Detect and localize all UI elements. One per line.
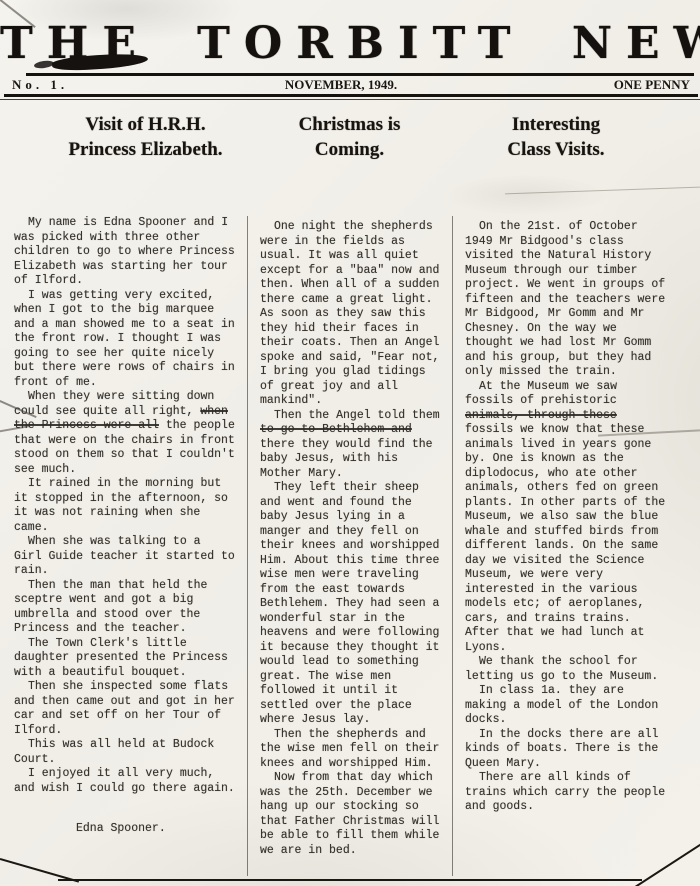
price-label: ONE PENNY bbox=[614, 77, 690, 93]
dateline: No. 1. NOVEMBER, 1949. ONE PENNY bbox=[0, 76, 700, 94]
bottom-edge-rule bbox=[58, 879, 642, 881]
struck-text: animals, through these bbox=[465, 409, 617, 422]
article-paragraph: On the 21st. of October 1949 Mr Bidgood'… bbox=[465, 220, 670, 380]
article-paragraph: There are all kinds of trains which carr… bbox=[465, 771, 670, 815]
article-paragraph: I enjoyed it all very much, and wish I c… bbox=[14, 767, 235, 796]
article-paragraph: My name is Edna Spooner and I was picked… bbox=[14, 216, 235, 289]
article-byline: Edna Spooner. bbox=[14, 822, 237, 837]
masthead-rule-bottom bbox=[4, 94, 698, 97]
article-paragraph: We thank the school for letting us go to… bbox=[465, 655, 670, 684]
article-paragraph: It rained in the morning but it stopped … bbox=[14, 477, 235, 535]
article-paragraph: Then the man that held the sceptre went … bbox=[14, 579, 235, 637]
article-column-princess-visit: My name is Edna Spooner and I was picked… bbox=[0, 216, 247, 876]
fold-crease-artifact bbox=[505, 187, 700, 195]
issue-number: No. 1. bbox=[12, 77, 68, 93]
article-columns: My name is Edna Spooner and I was picked… bbox=[0, 216, 700, 876]
struck-text: to go to Bethlehem and bbox=[260, 423, 412, 436]
issue-date: NOVEMBER, 1949. bbox=[285, 77, 397, 93]
headline-princess-visit: Visit of H.R.H. Princess Elizabeth. bbox=[0, 112, 247, 162]
masthead: THE TORBITT NEWS No. 1. NOVEMBER, 1949. … bbox=[0, 0, 700, 100]
article-paragraph: When they were sitting down could see qu… bbox=[14, 390, 235, 477]
headline-class-visits: Interesting Class Visits. bbox=[452, 112, 700, 162]
article-paragraph: Then the shepherds and the wise men fell… bbox=[260, 728, 444, 772]
article-paragraph: Then she inspected some flats and then c… bbox=[14, 680, 235, 738]
headline-row: Visit of H.R.H. Princess Elizabeth. Chri… bbox=[0, 112, 700, 162]
article-paragraph: At the Museum we saw fossils of prehisto… bbox=[465, 380, 670, 656]
article-text: My name is Edna Spooner and I was picked… bbox=[14, 216, 235, 796]
article-text: On the 21st. of October 1949 Mr Bidgood'… bbox=[465, 220, 670, 815]
headline-christmas: Christmas is Coming. bbox=[247, 112, 452, 162]
article-paragraph: The Town Clerk's little daughter present… bbox=[14, 637, 235, 681]
masthead-rule-bottom-thin bbox=[0, 99, 700, 100]
article-paragraph: When she was talking to a Girl Guide tea… bbox=[14, 535, 235, 579]
article-paragraph: In class 1a. they are making a model of … bbox=[465, 684, 670, 728]
article-text: One night the shepherds were in the fiel… bbox=[260, 220, 444, 858]
article-paragraph: They left their sheep and went and found… bbox=[260, 481, 444, 728]
article-paragraph: This was all held at Budock Court. bbox=[14, 738, 235, 767]
article-paragraph: I was getting very excited, when I got t… bbox=[14, 289, 235, 391]
newspaper-page: THE TORBITT NEWS No. 1. NOVEMBER, 1949. … bbox=[0, 0, 700, 886]
article-paragraph: Now from that day which was the 25th. De… bbox=[260, 771, 444, 858]
article-paragraph: In the docks there are all kinds of boat… bbox=[465, 728, 670, 772]
article-paragraph: One night the shepherds were in the fiel… bbox=[260, 220, 444, 409]
article-paragraph: Then the Angel told them to go to Bethle… bbox=[260, 409, 444, 482]
article-column-class-visits: On the 21st. of October 1949 Mr Bidgood'… bbox=[452, 216, 700, 876]
article-column-christmas: One night the shepherds were in the fiel… bbox=[247, 216, 452, 876]
